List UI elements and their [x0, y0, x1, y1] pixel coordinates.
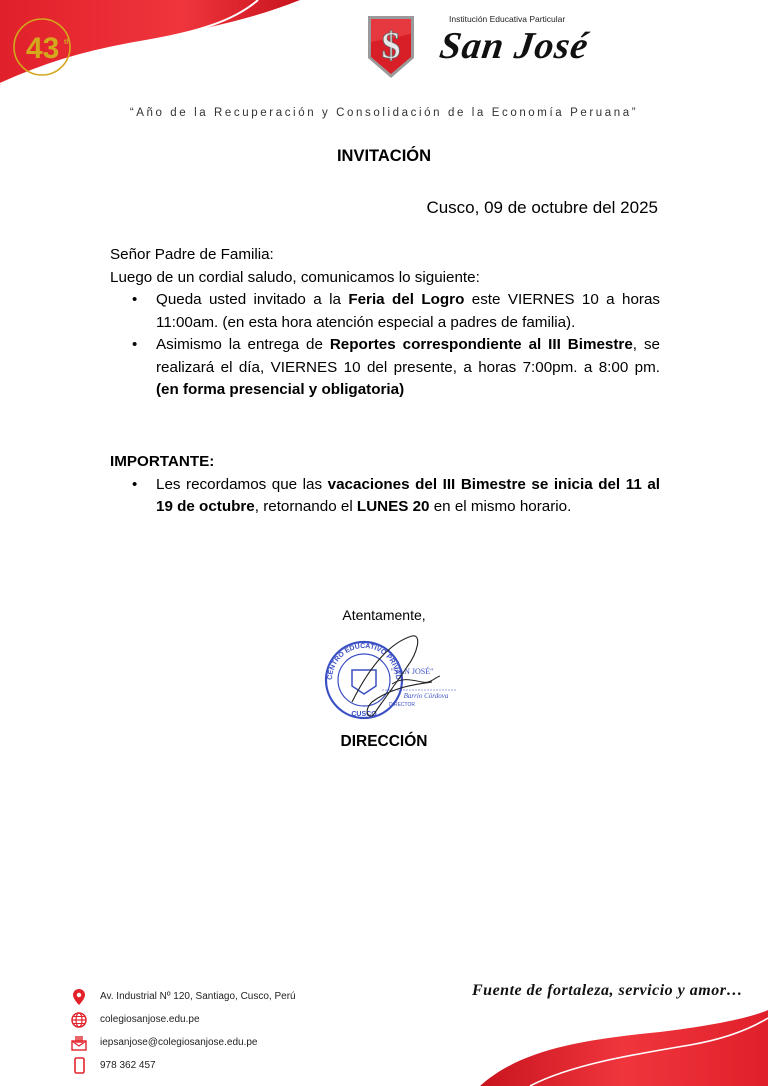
contact-email: iepsanjose@colegiosanjose.edu.pe — [70, 1031, 296, 1054]
contact-info: Av. Industrial Nº 120, Santiago, Cusco, … — [70, 985, 296, 1077]
contact-website: colegiosanjose.edu.pe — [70, 1008, 296, 1031]
intro-text: Luego de un cordial saludo, comunicamos … — [110, 267, 660, 290]
tagline: Fuente de fortaleza, servicio y amor… — [472, 982, 743, 1000]
footer-ribbon — [460, 1010, 768, 1086]
svg-text:Barrio Córdova: Barrio Córdova — [404, 692, 449, 700]
date-line: Cusco, 09 de octubre del 2025 — [426, 198, 658, 218]
institution-name: San José — [437, 24, 592, 68]
svg-text:th: th — [64, 39, 71, 46]
year-motto: “Año de la Recuperación y Consolidación … — [0, 107, 768, 119]
item-text: , retornando el — [255, 498, 357, 515]
item-text: en el mismo horario. — [430, 498, 572, 515]
item-bold-text: (en forma presencial y obligatoria) — [156, 381, 404, 398]
signoff: DIRECCIÓN — [0, 733, 768, 751]
document-title: INVITACIÓN — [0, 147, 768, 166]
mail-icon — [70, 1034, 88, 1052]
svg-text:43: 43 — [26, 32, 59, 65]
globe-icon — [70, 1011, 88, 1029]
important-item: Les recordamos que las vacaciones del II… — [110, 474, 660, 519]
letter-body: Señor Padre de Familia: Luego de un cord… — [110, 244, 660, 402]
item-text: Les recordamos que las — [156, 476, 328, 493]
salutation: Señor Padre de Familia: — [110, 244, 660, 267]
announcement-item: Queda usted invitado a la Feria del Logr… — [110, 289, 660, 334]
anniversary-43-emblem: 43 th — [12, 14, 78, 80]
phone-icon — [70, 1057, 88, 1075]
website-link[interactable]: colegiosanjose.edu.pe — [100, 1014, 200, 1025]
announcement-item: Asimismo la entrega de Reportes correspo… — [110, 334, 660, 402]
school-logo-shield: $ — [366, 12, 416, 80]
contact-phone: 978 362 457 — [70, 1054, 296, 1077]
announcement-list: Queda usted invitado a la Feria del Logr… — [110, 289, 660, 402]
phone-text: 978 362 457 — [100, 1060, 156, 1071]
item-bold-text: LUNES 20 — [357, 498, 430, 515]
svg-text:DIRECTOR: DIRECTOR — [389, 702, 415, 708]
item-text: Queda usted invitado a la — [156, 291, 348, 308]
important-section: IMPORTANTE: Les recordamos que las vacac… — [110, 451, 660, 519]
important-list: Les recordamos que las vacaciones del II… — [110, 474, 660, 519]
closing: Atentamente, — [0, 607, 768, 623]
item-bold-text: Reportes correspondiente al III Bimestre — [330, 336, 633, 353]
email-link[interactable]: iepsanjose@colegiosanjose.edu.pe — [100, 1037, 258, 1048]
svg-text:"SAN JOSÉ": "SAN JOSÉ" — [391, 666, 434, 676]
address-text: Av. Industrial Nº 120, Santiago, Cusco, … — [100, 991, 296, 1002]
official-stamp-signature: CENTRO EDUCATIVO PRIVADO CUSCO "SAN JOSÉ… — [322, 632, 462, 724]
svg-text:$: $ — [382, 25, 401, 67]
item-bold-text: Feria del Logro — [348, 291, 464, 308]
important-title: IMPORTANTE: — [110, 451, 660, 474]
institution-subtitle: Institución Educativa Particular — [449, 14, 565, 24]
item-text: Asimismo la entrega de — [156, 336, 330, 353]
location-pin-icon — [70, 988, 88, 1006]
contact-address: Av. Industrial Nº 120, Santiago, Cusco, … — [70, 985, 296, 1008]
